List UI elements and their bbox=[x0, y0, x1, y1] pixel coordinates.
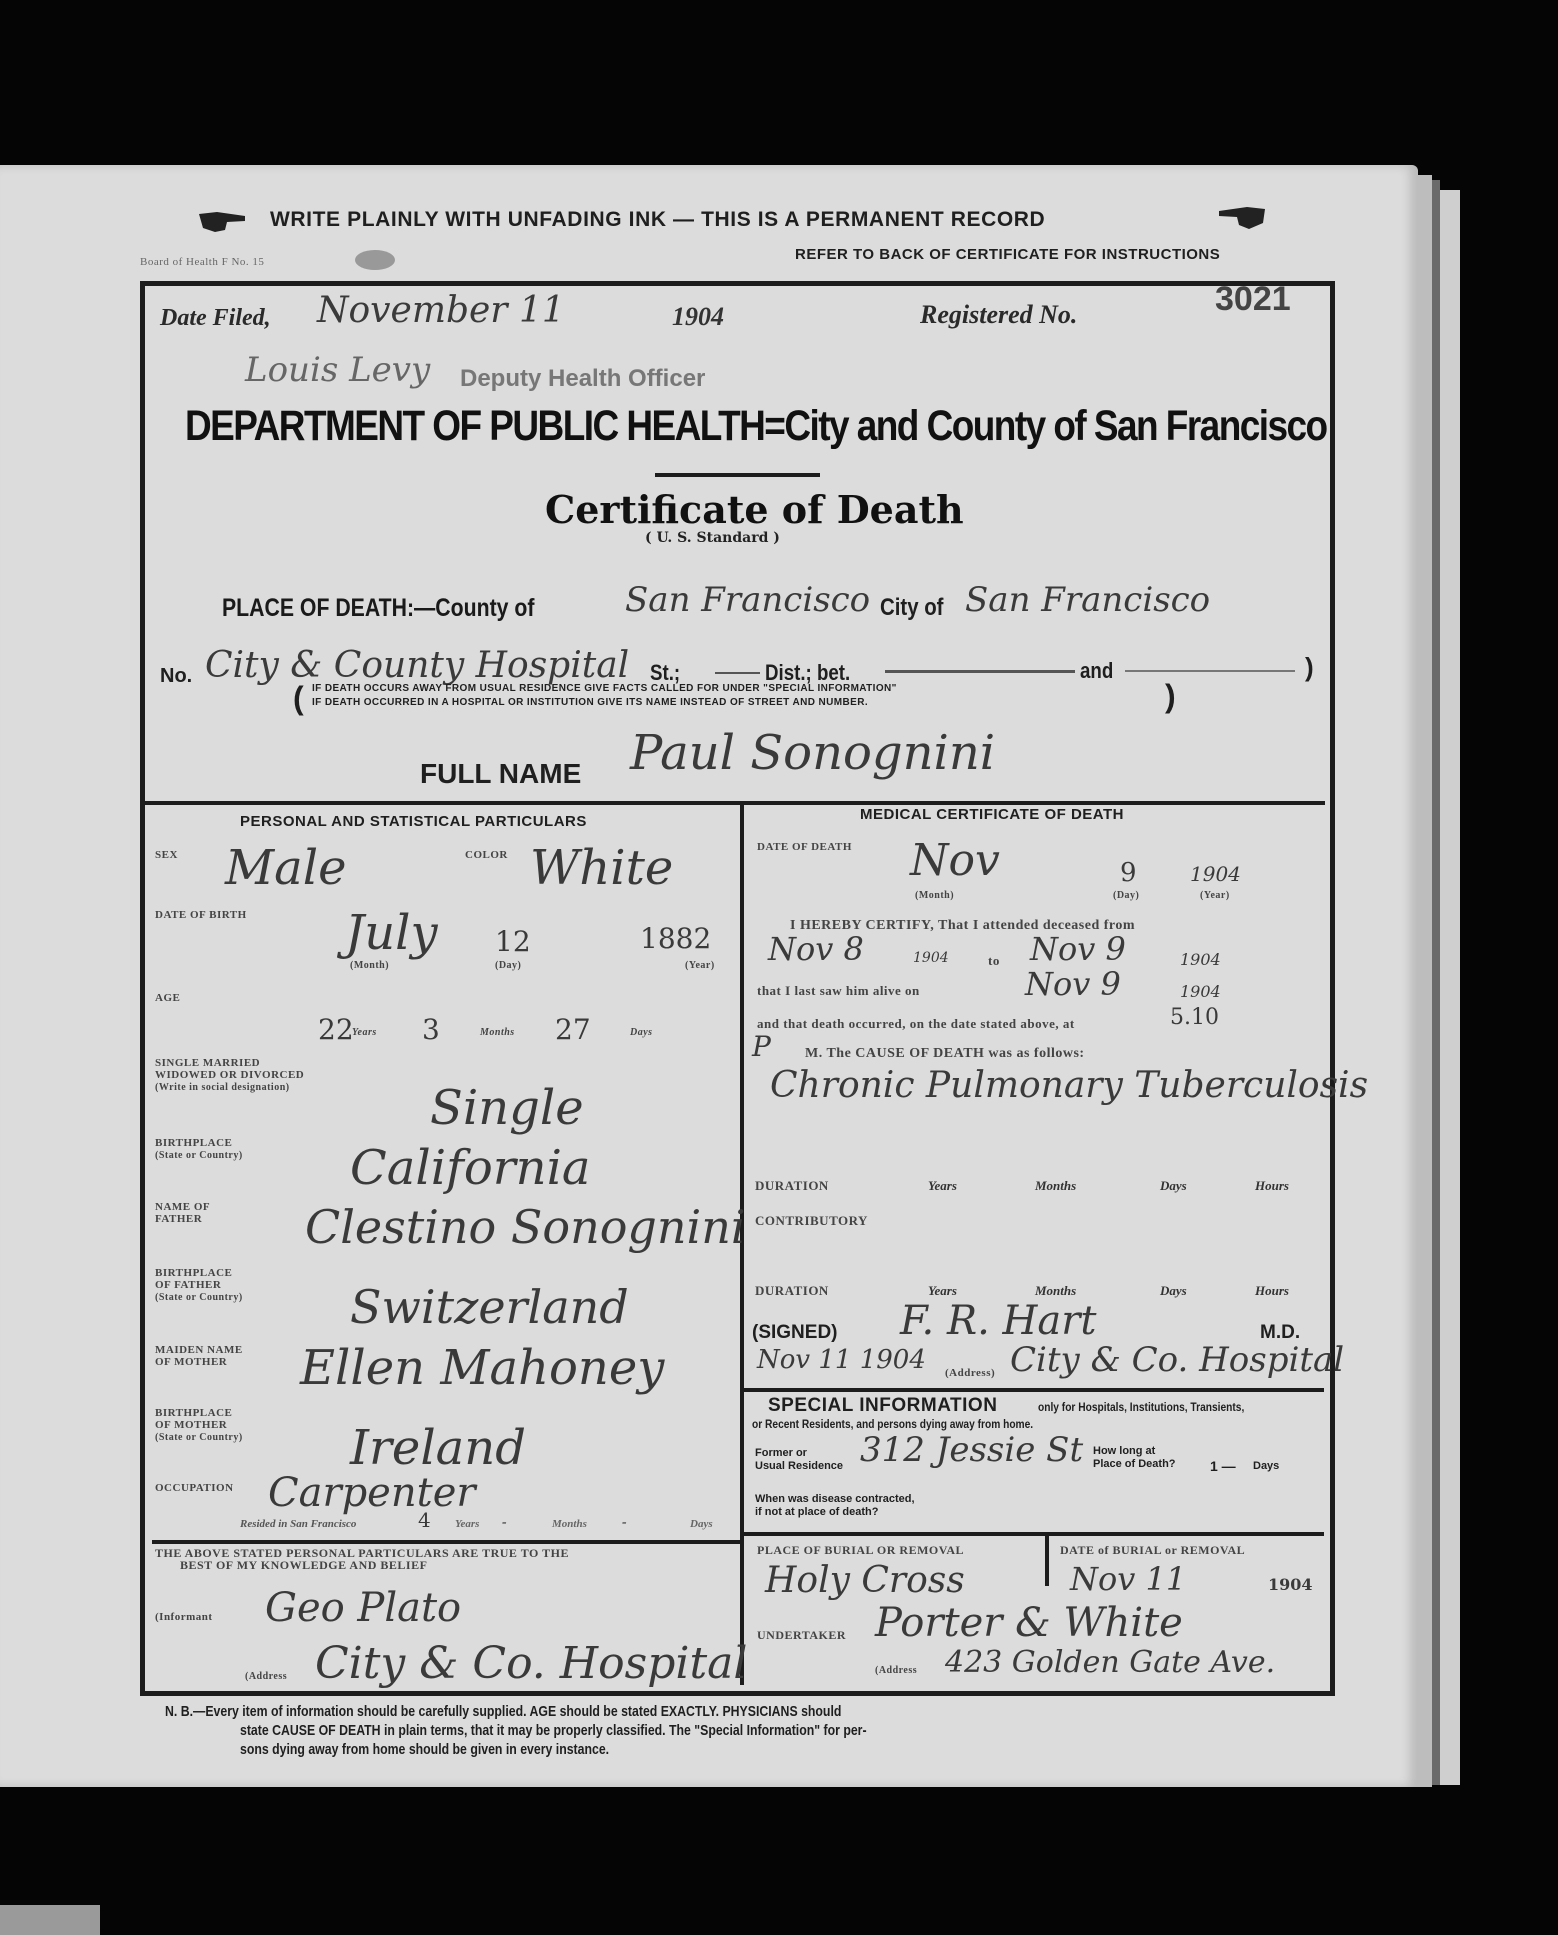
informant-divider bbox=[152, 1540, 740, 1544]
dod-month: Nov bbox=[910, 835, 1000, 886]
color-value: White bbox=[530, 840, 673, 896]
age-months: 3 bbox=[422, 1013, 440, 1046]
death-time: 5.10 bbox=[1170, 1005, 1219, 1030]
place-note-1: IF DEATH OCCURS AWAY FROM USUAL RESIDENC… bbox=[312, 683, 897, 694]
years-label-2: Years bbox=[928, 1283, 957, 1299]
dod-year: 1904 bbox=[1190, 862, 1241, 886]
duration-label: DURATION bbox=[755, 1180, 829, 1191]
undertaker-address: 423 Golden Gate Ave. bbox=[945, 1645, 1275, 1680]
full-name-value: Paul Sonognini bbox=[630, 725, 995, 781]
years-label: Years bbox=[928, 1178, 957, 1194]
informant-statement-2: BEST OF MY KNOWLEDGE AND BELIEF bbox=[180, 1560, 427, 1571]
cause-value: Chronic Pulmonary Tuberculosis bbox=[770, 1065, 1368, 1106]
burial-date-label: DATE of BURIAL or REMOVAL bbox=[1060, 1545, 1245, 1556]
informant-name: Geo Plato bbox=[265, 1585, 461, 1631]
birthplace-value: California bbox=[350, 1140, 591, 1196]
dob-month: July bbox=[345, 905, 438, 961]
father-value: Clestino Sonognini bbox=[305, 1200, 746, 1254]
father-birthplace-label-1: BIRTHPLACE bbox=[155, 1268, 232, 1279]
institution-value: City & County Hospital bbox=[205, 645, 629, 686]
last-saw-year: 1904 bbox=[1180, 982, 1221, 1001]
footnote-line-2: state CAUSE OF DEATH in plain terms, tha… bbox=[240, 1722, 867, 1739]
how-long-label-1: How long at bbox=[1093, 1445, 1155, 1457]
page-edge bbox=[1440, 190, 1460, 1785]
special-heading: SPECIAL INFORMATION bbox=[768, 1395, 997, 1417]
hours-label: Hours bbox=[1255, 1178, 1289, 1194]
dob-month-label: (Month) bbox=[350, 960, 389, 971]
page-edge bbox=[1432, 180, 1440, 1785]
undertaker-label: UNDERTAKER bbox=[757, 1630, 846, 1641]
father-label-1: NAME OF bbox=[155, 1202, 210, 1213]
county-value: San Francisco bbox=[625, 580, 870, 620]
attended-to-year: 1904 bbox=[1180, 950, 1221, 969]
page-edge bbox=[1418, 175, 1432, 1787]
dob-year: 1882 bbox=[640, 922, 711, 955]
how-long-label-2: Place of Death? bbox=[1093, 1458, 1176, 1470]
dob-year-label: (Year) bbox=[685, 960, 715, 971]
dist-blank bbox=[885, 670, 1075, 673]
resided-days-label: Days bbox=[690, 1518, 713, 1530]
father-label-2: FATHER bbox=[155, 1214, 202, 1225]
resided-label: Resided in San Francisco bbox=[240, 1518, 356, 1530]
hours-label-2: Hours bbox=[1255, 1283, 1289, 1299]
ampm-value: P bbox=[752, 1030, 771, 1063]
registered-no: 3021 bbox=[1215, 280, 1291, 319]
pointing-hand-icon bbox=[197, 210, 247, 234]
attended-to-date: Nov 9 bbox=[1030, 930, 1126, 968]
duration-label-2: DURATION bbox=[755, 1285, 829, 1296]
deputy-signature: Louis Levy bbox=[245, 350, 430, 390]
occupation-label: OCCUPATION bbox=[155, 1483, 234, 1494]
mother-birthplace-label-1: BIRTHPLACE bbox=[155, 1408, 232, 1419]
paren-close: ) bbox=[1305, 652, 1314, 683]
days-label-2: Days bbox=[1160, 1283, 1187, 1299]
attended-from-year: 1904 bbox=[913, 950, 949, 966]
place-of-death-label: PLACE OF DEATH:—County of bbox=[222, 594, 534, 623]
date-filed-label: Date Filed, bbox=[160, 305, 271, 332]
signed-name: F. R. Hart bbox=[900, 1298, 1096, 1344]
to-label: to bbox=[988, 955, 1000, 966]
age-label: AGE bbox=[155, 993, 180, 1004]
attended-from-date: Nov 8 bbox=[768, 930, 864, 968]
instructions-ref: REFER TO BACK OF CERTIFICATE FOR INSTRUC… bbox=[795, 246, 1220, 263]
birthplace-label-1: BIRTHPLACE bbox=[155, 1138, 232, 1149]
contracted-label-1: When was disease contracted, bbox=[755, 1493, 915, 1505]
informant-label: (Informant bbox=[155, 1612, 213, 1623]
deputy-title: Deputy Health Officer bbox=[460, 365, 705, 393]
how-long-value: 1 — bbox=[1210, 1458, 1236, 1474]
residence-label-2: Usual Residence bbox=[755, 1460, 843, 1472]
months-label-2: Months bbox=[1035, 1283, 1076, 1299]
mother-value: Ellen Mahoney bbox=[300, 1340, 664, 1396]
department-title: DEPARTMENT OF PUBLIC HEALTH=City and Cou… bbox=[185, 402, 1327, 451]
age-months-label: Months bbox=[480, 1027, 515, 1038]
physician-address: City & Co. Hospital bbox=[1010, 1340, 1344, 1380]
marital-label-1: SINGLE MARRIED bbox=[155, 1058, 260, 1069]
paren-close: ) bbox=[1165, 678, 1176, 715]
dob-label: DATE OF BIRTH bbox=[155, 910, 247, 921]
last-saw-date: Nov 9 bbox=[1025, 965, 1121, 1003]
resided-years-label: Years bbox=[455, 1518, 479, 1530]
signed-label: (SIGNED) bbox=[752, 1322, 838, 1344]
residence-label-1: Former or bbox=[755, 1447, 807, 1459]
resided-years: 4 bbox=[418, 1508, 431, 1532]
signed-date: Nov 11 1904 bbox=[757, 1345, 926, 1375]
dob-day: 12 bbox=[495, 925, 531, 958]
undertaker-address-label: (Address bbox=[875, 1665, 917, 1676]
dod-month-label: (Month) bbox=[915, 890, 954, 901]
footnote-line-3: sons dying away from home should be give… bbox=[240, 1741, 609, 1758]
occupation-value: Carpenter bbox=[268, 1470, 475, 1516]
registered-no-label: Registered No. bbox=[920, 300, 1077, 330]
and-label: and bbox=[1080, 658, 1113, 684]
age-years: 22 bbox=[318, 1013, 354, 1046]
age-days: 27 bbox=[555, 1013, 591, 1046]
marital-value: Single bbox=[430, 1080, 584, 1136]
special-heading-note: only for Hospitals, Institutions, Transi… bbox=[1038, 1400, 1244, 1414]
burial-divider bbox=[744, 1532, 1324, 1536]
cause-label: M. The CAUSE OF DEATH was as follows: bbox=[805, 1048, 1085, 1059]
contributory-label: CONTRIBUTORY bbox=[755, 1215, 868, 1226]
title-divider bbox=[655, 473, 820, 477]
section-top-line bbox=[145, 801, 1325, 805]
mother-birthplace-label-3: (State or Country) bbox=[155, 1432, 243, 1443]
and-blank bbox=[1125, 670, 1295, 672]
father-birthplace-value: Switzerland bbox=[350, 1280, 629, 1334]
personal-heading: PERSONAL AND STATISTICAL PARTICULARS bbox=[240, 813, 587, 830]
death-time-label: and that death occurred, on the date sta… bbox=[757, 1018, 1075, 1029]
resided-months-label: Months bbox=[552, 1518, 587, 1530]
sex-value: Male bbox=[225, 840, 347, 896]
dod-day-label: (Day) bbox=[1113, 890, 1139, 901]
contracted-label-2: if not at place of death? bbox=[755, 1506, 878, 1518]
sex-label: SEX bbox=[155, 850, 178, 861]
marital-label-2: WIDOWED OR DIVORCED bbox=[155, 1070, 304, 1081]
physician-address-label: (Address) bbox=[945, 1368, 995, 1379]
burial-date: Nov 11 bbox=[1070, 1560, 1186, 1598]
age-days-label: Days bbox=[630, 1027, 653, 1038]
mother-label-2: OF MOTHER bbox=[155, 1357, 227, 1368]
father-birthplace-label-2: OF FATHER bbox=[155, 1280, 221, 1291]
city-of-label: City of bbox=[880, 594, 943, 622]
banner-text: WRITE PLAINLY WITH UNFADING INK — THIS I… bbox=[270, 208, 1045, 232]
us-standard: ( U. S. Standard ) bbox=[645, 530, 780, 546]
mother-birthplace-value: Ireland bbox=[350, 1420, 526, 1476]
no-label: No. bbox=[160, 665, 192, 688]
age-years-label: Years bbox=[352, 1027, 377, 1038]
special-divider bbox=[744, 1388, 1324, 1392]
dob-day-label: (Day) bbox=[495, 960, 521, 971]
undertaker-value: Porter & White bbox=[875, 1600, 1183, 1646]
resided-months: - bbox=[502, 1515, 507, 1531]
informant-address-label: (Address bbox=[245, 1671, 287, 1682]
days-label: Days bbox=[1160, 1178, 1187, 1194]
place-note-2: IF DEATH OCCURRED IN A HOSPITAL OR INSTI… bbox=[312, 697, 868, 708]
certificate-title: Certificate of Death bbox=[545, 487, 964, 532]
date-filed-year: 1904 bbox=[672, 302, 724, 332]
marital-label-3: (Write in social designation) bbox=[155, 1082, 290, 1093]
residence-value: 312 Jessie St bbox=[860, 1430, 1083, 1470]
mother-label-1: MAIDEN NAME bbox=[155, 1345, 243, 1356]
mother-birthplace-label-2: OF MOTHER bbox=[155, 1420, 227, 1431]
special-heading-note-2: or Recent Residents, and persons dying a… bbox=[752, 1417, 1033, 1431]
color-label: COLOR bbox=[465, 850, 508, 861]
burial-place-value: Holy Cross bbox=[765, 1560, 965, 1601]
footnote-line-1: N. B.—Every item of information should b… bbox=[165, 1703, 841, 1720]
resided-days: - bbox=[622, 1515, 627, 1531]
burial-year: 1904 bbox=[1268, 1575, 1313, 1594]
informant-address: City & Co. Hospital bbox=[315, 1638, 747, 1689]
full-name-label: FULL NAME bbox=[420, 758, 581, 790]
pointing-hand-icon bbox=[1215, 205, 1267, 231]
city-value: San Francisco bbox=[965, 580, 1210, 620]
dod-year-label: (Year) bbox=[1200, 890, 1230, 901]
medical-heading: MEDICAL CERTIFICATE OF DEATH bbox=[860, 806, 1124, 823]
printer-seal-icon bbox=[355, 250, 395, 270]
burial-place-label: PLACE OF BURIAL OR REMOVAL bbox=[757, 1545, 964, 1556]
printer-mark: Board of Health F No. 15 bbox=[140, 257, 264, 268]
date-filed-month-day: November 11 bbox=[317, 290, 565, 331]
paren-open: ( bbox=[293, 680, 304, 717]
dod-day: 9 bbox=[1120, 858, 1137, 888]
burial-vdivider bbox=[1045, 1536, 1049, 1586]
birthplace-label-2: (State or Country) bbox=[155, 1150, 243, 1161]
father-birthplace-label-3: (State or Country) bbox=[155, 1292, 243, 1303]
scan-bg-patch bbox=[0, 1905, 100, 1935]
st-blank bbox=[715, 672, 760, 674]
last-saw-label: that I last saw him alive on bbox=[757, 985, 920, 996]
dod-label: DATE OF DEATH bbox=[757, 842, 852, 853]
how-long-unit: Days bbox=[1253, 1460, 1279, 1472]
months-label: Months bbox=[1035, 1178, 1076, 1194]
